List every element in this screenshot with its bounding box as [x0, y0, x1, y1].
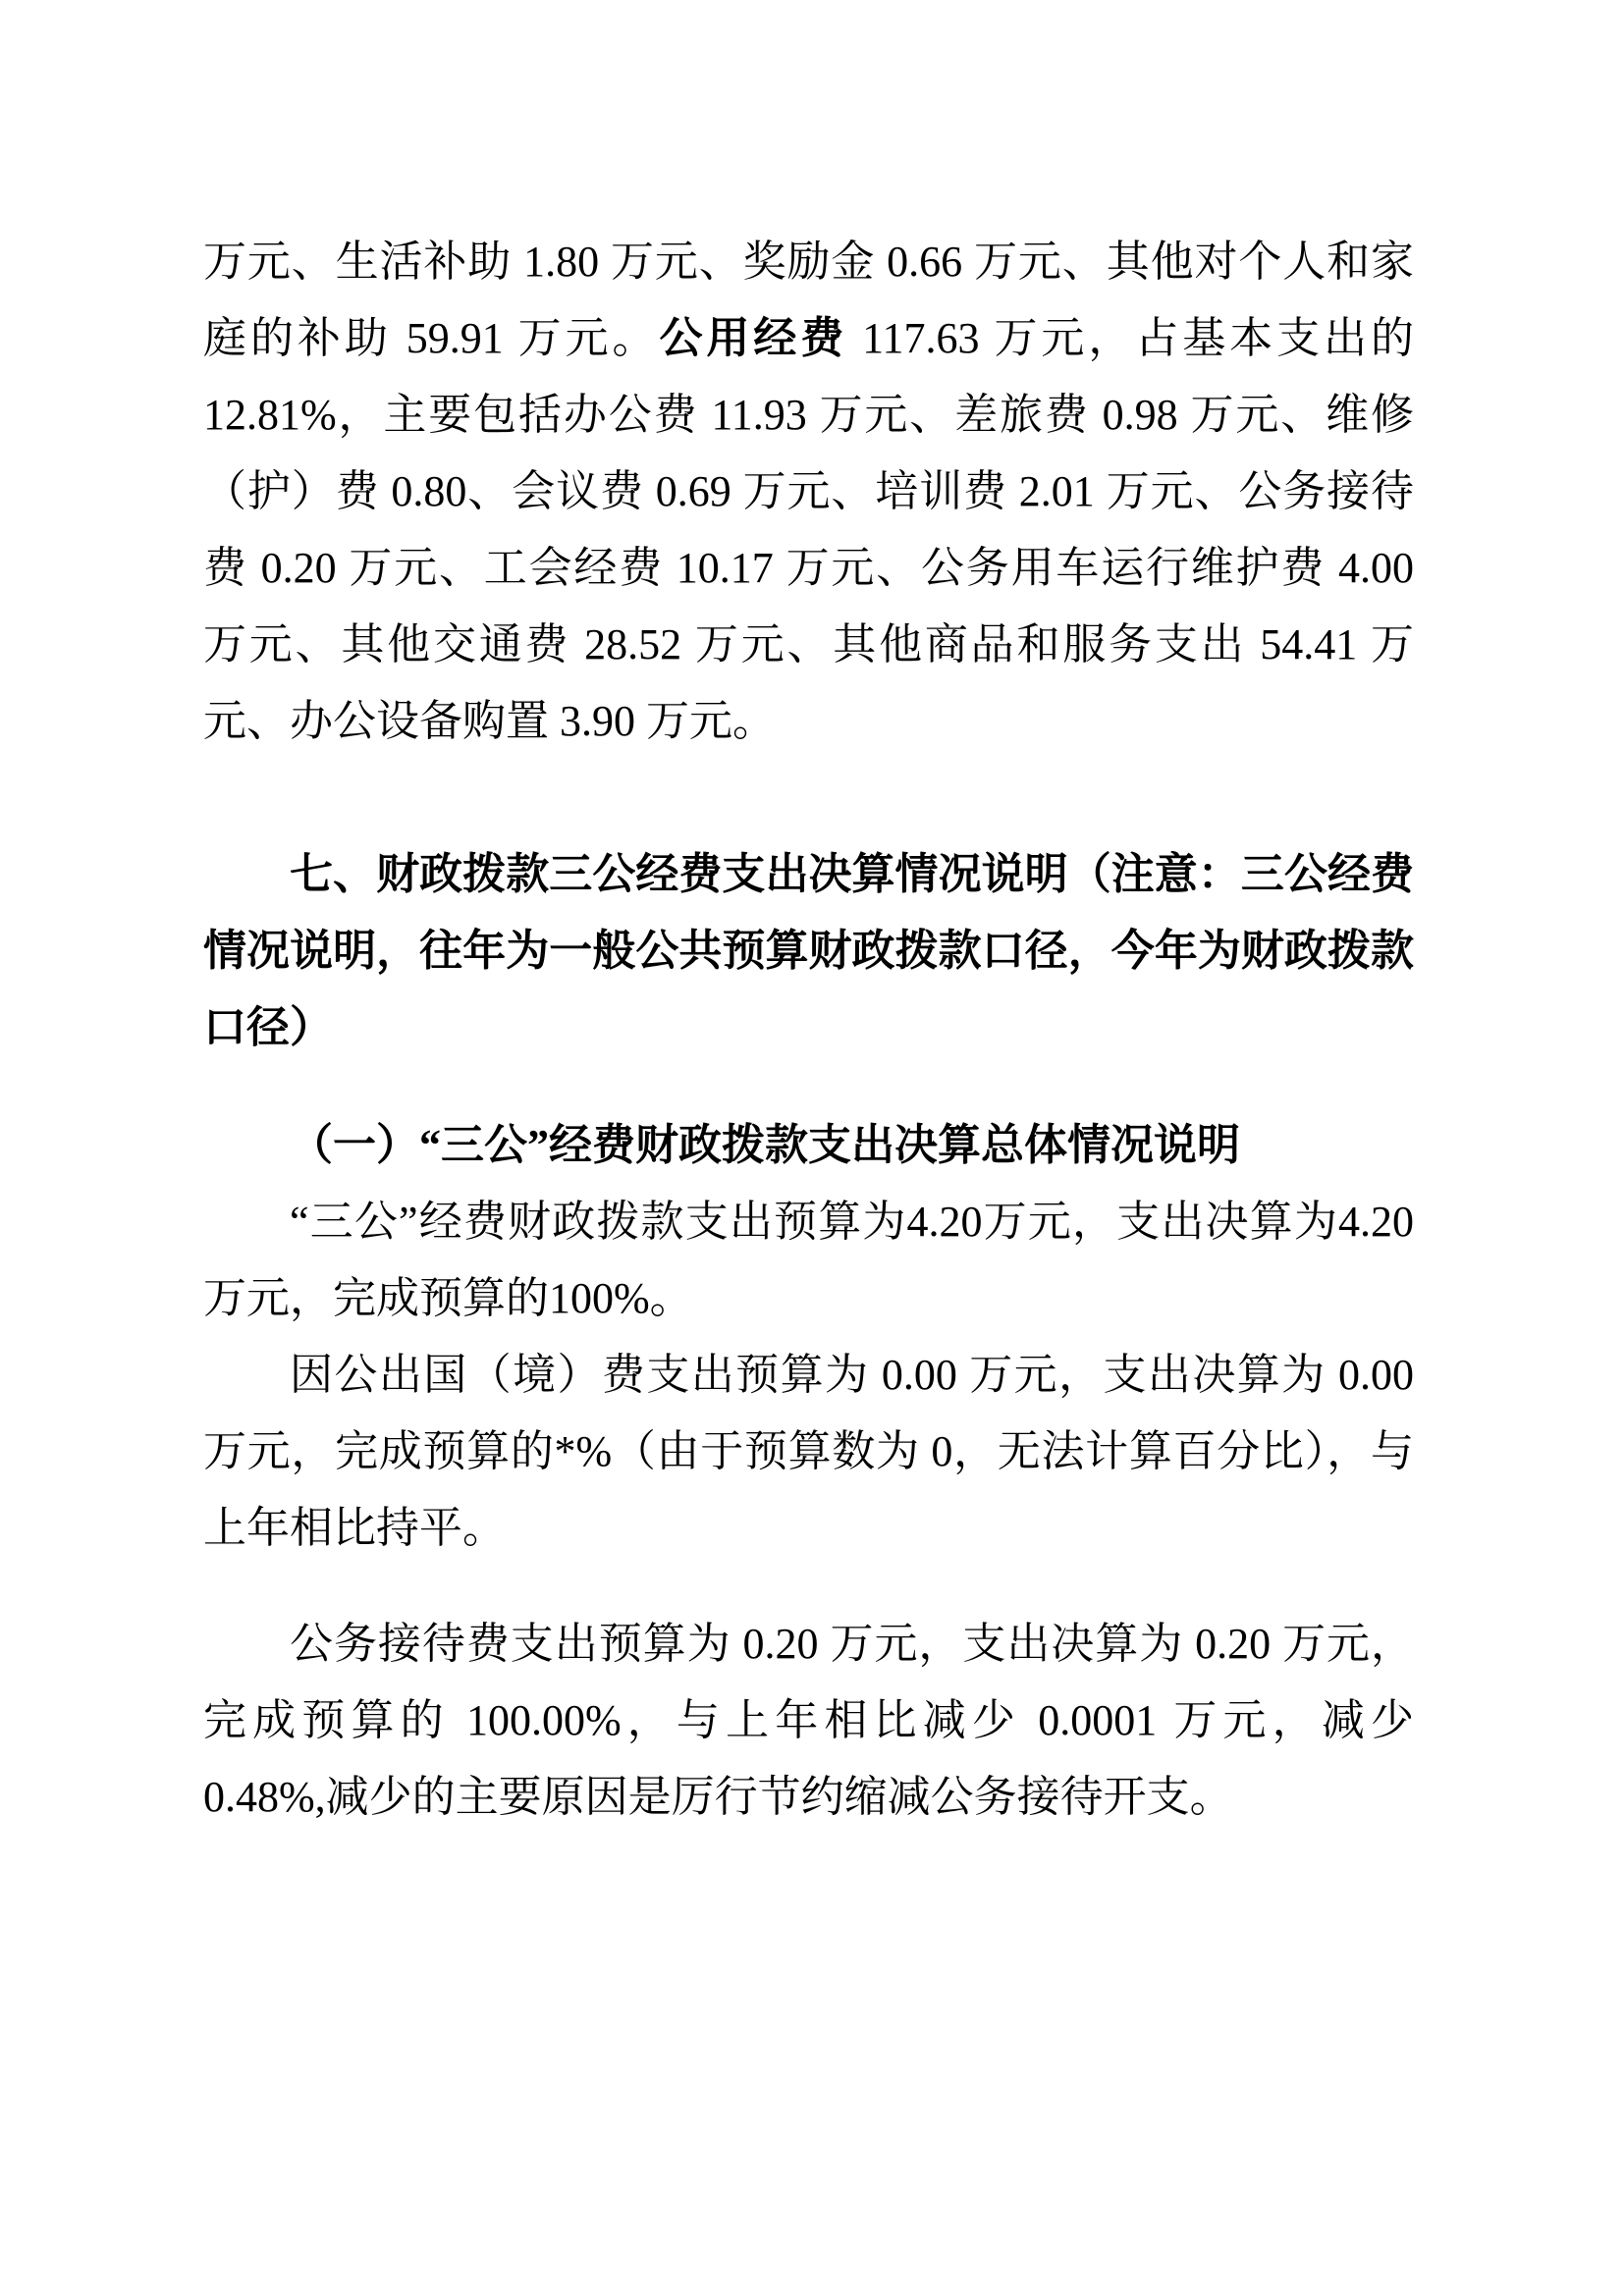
paragraph-basic-expense: 万元、生活补助 1.80 万元、奖励金 0.66 万元、其他对个人和家庭的补助 … — [203, 224, 1414, 760]
basic-expense-text-post: 117.63 万元，占基本支出的 12.81%，主要包括办公费 11.93 万元… — [203, 314, 1414, 745]
paragraph-sangong-total: “三公”经费财政拨款支出预算为4.20万元，支出决算为4.20万元，完成预算的1… — [203, 1184, 1414, 1337]
basic-expense-bold-term: 公用经费 — [659, 314, 847, 362]
paragraph-abroad-expense: 因公出国（境）费支出预算为 0.00 万元，支出决算为 0.00 万元，完成预算… — [203, 1337, 1414, 1567]
subsection-heading-1: （一）“三公”经费财政拨款支出决算总体情况说明 — [203, 1107, 1414, 1184]
document-page: 万元、生活补助 1.80 万元、奖励金 0.66 万元、其他对个人和家庭的补助 … — [0, 0, 1624, 2296]
section-heading-7: 七、财政拨款三公经费支出决算情况说明（注意：三公经费情况说明，往年为一般公共预算… — [203, 836, 1414, 1066]
paragraph-reception-expense: 公务接待费支出预算为 0.20 万元，支出决算为 0.20 万元，完成预算的 1… — [203, 1606, 1414, 1836]
